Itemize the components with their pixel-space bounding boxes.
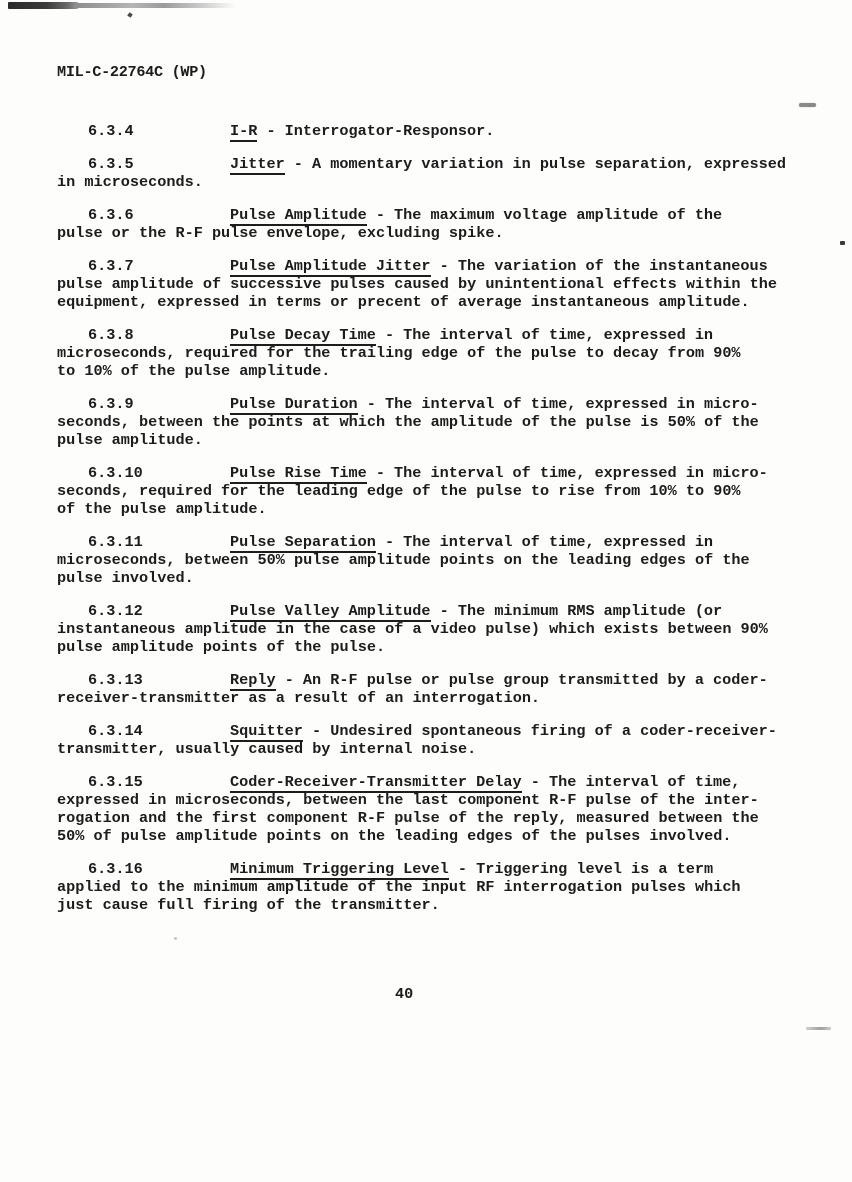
paragraph-line: of the pulse amplitude. [57, 500, 852, 518]
definition-paragraph: 6.3.13Reply - An R-F pulse or pulse grou… [57, 671, 852, 707]
paragraph-line: microseconds, between 50% pulse amplitud… [57, 551, 852, 569]
paragraph-line: seconds, required for the leading edge o… [57, 482, 852, 500]
definition-paragraph: 6.3.14Squitter - Undesired spontaneous f… [57, 722, 852, 758]
paragraph-line: instantaneous amplitude in the case of a… [57, 620, 852, 638]
definition-text: - The interval of time, expressed in [376, 326, 713, 344]
definition-term: Coder-Receiver-Transmitter Delay [230, 773, 522, 793]
definition-text: - A momentary variation in pulse separat… [285, 155, 786, 173]
paragraph-first-line: 6.3.14Squitter - Undesired spontaneous f… [57, 722, 852, 740]
definition-text: - The minimum RMS amplitude (or [431, 602, 723, 620]
paragraph-first-line: 6.3.11Pulse Separation - The interval of… [57, 533, 852, 551]
definition-paragraph: 6.3.12Pulse Valley Amplitude - The minim… [57, 602, 852, 656]
paragraph-first-line: 6.3.9Pulse Duration - The interval of ti… [57, 395, 852, 413]
paragraph-line: seconds, between the points at which the… [57, 413, 852, 431]
definition-term: Pulse Amplitude Jitter [230, 257, 431, 277]
definition-text: - The interval of time, expressed in mic… [358, 395, 759, 413]
section-number: 6.3.11 [88, 533, 230, 551]
definition-term: Squitter [230, 722, 303, 742]
paragraph-line: pulse amplitude. [57, 431, 852, 449]
paragraph-line: 50% of pulse amplitude points on the lea… [57, 827, 852, 845]
definition-paragraph: 6.3.15Coder-Receiver-Transmitter Delay -… [57, 773, 852, 845]
document-page: MIL-C-22764C (WP) 6.3.4I-R - Interrogato… [0, 0, 852, 1182]
definition-paragraph: 6.3.7Pulse Amplitude Jitter - The variat… [57, 257, 852, 311]
definition-term: Jitter [230, 155, 285, 175]
paragraph-line: transmitter, usually caused by internal … [57, 740, 852, 758]
paragraph-first-line: 6.3.8Pulse Decay Time - The interval of … [57, 326, 852, 344]
definition-text: - The interval of time, expressed in [376, 533, 713, 551]
paragraph-first-line: 6.3.5Jitter - A momentary variation in p… [57, 155, 852, 173]
definition-text: - The maximum voltage amplitude of the [367, 206, 722, 224]
paragraph-first-line: 6.3.12Pulse Valley Amplitude - The minim… [57, 602, 852, 620]
definition-term: Pulse Separation [230, 533, 376, 553]
section-number: 6.3.10 [88, 464, 230, 482]
scan-artifact-dash-right-bottom [806, 1027, 831, 1030]
section-number: 6.3.4 [88, 122, 230, 140]
definition-text: - Undesired spontaneous firing of a code… [303, 722, 777, 740]
definition-paragraph: 6.3.11Pulse Separation - The interval of… [57, 533, 852, 587]
paragraph-first-line: 6.3.15Coder-Receiver-Transmitter Delay -… [57, 773, 852, 791]
page-number: 40 [395, 985, 852, 1003]
definition-term: Pulse Valley Amplitude [230, 602, 431, 622]
document-id-header: MIL-C-22764C (WP) [57, 63, 852, 81]
paragraph-line: equipment, expressed in terms or precent… [57, 293, 852, 311]
section-number: 6.3.16 [88, 860, 230, 878]
paragraph-line: just cause full firing of the transmitte… [57, 896, 852, 914]
paragraph-line: pulse or the R-F pulse envelope, excludi… [57, 224, 852, 242]
definition-text: - The interval of time, [522, 773, 741, 791]
definition-term: Reply [230, 671, 276, 691]
section-number: 6.3.9 [88, 395, 230, 413]
paragraph-line: pulse amplitude points of the pulse. [57, 638, 852, 656]
scan-artifact-dot-faint [174, 937, 177, 940]
definition-term: Pulse Decay Time [230, 326, 376, 346]
definition-paragraph: 6.3.6Pulse Amplitude - The maximum volta… [57, 206, 852, 242]
definition-term: Pulse Amplitude [230, 206, 367, 226]
paragraph-line: pulse amplitude of successive pulses cau… [57, 275, 852, 293]
definition-text: - The variation of the instantaneous [431, 257, 768, 275]
definition-paragraph: 6.3.5Jitter - A momentary variation in p… [57, 155, 852, 191]
paragraph-first-line: 6.3.13Reply - An R-F pulse or pulse grou… [57, 671, 852, 689]
paragraph-line: rogation and the first component R-F pul… [57, 809, 852, 827]
definition-term: Pulse Rise Time [230, 464, 367, 484]
paragraph-line: pulse involved. [57, 569, 852, 587]
section-number: 6.3.8 [88, 326, 230, 344]
section-number: 6.3.7 [88, 257, 230, 275]
paragraph-line: applied to the minimum amplitude of the … [57, 878, 852, 896]
section-number: 6.3.13 [88, 671, 230, 689]
definition-paragraph: 6.3.8Pulse Decay Time - The interval of … [57, 326, 852, 380]
section-number: 6.3.14 [88, 722, 230, 740]
paragraph-first-line: 6.3.4I-R - Interrogator-Responsor. [57, 122, 852, 140]
scan-artifact-dot-top [127, 12, 133, 18]
paragraph-line: microseconds, required for the trailing … [57, 344, 852, 362]
definition-text: - An R-F pulse or pulse group transmitte… [276, 671, 768, 689]
paragraph-first-line: 6.3.7Pulse Amplitude Jitter - The variat… [57, 257, 852, 275]
definition-paragraph: 6.3.9Pulse Duration - The interval of ti… [57, 395, 852, 449]
definition-text: - Interrogator-Responsor. [257, 122, 494, 140]
section-number: 6.3.5 [88, 155, 230, 173]
paragraph-first-line: 6.3.10Pulse Rise Time - The interval of … [57, 464, 852, 482]
definition-term: Minimum Triggering Level [230, 860, 449, 880]
section-number: 6.3.12 [88, 602, 230, 620]
definition-paragraph: 6.3.4I-R - Interrogator-Responsor. [57, 122, 852, 140]
definition-text: - The interval of time, expressed in mic… [367, 464, 768, 482]
paragraph-line: in microseconds. [57, 173, 852, 191]
section-number: 6.3.6 [88, 206, 230, 224]
paragraph-first-line: 6.3.16Minimum Triggering Level - Trigger… [57, 860, 852, 878]
definitions-list: 6.3.4I-R - Interrogator-Responsor. 6.3.5… [57, 122, 852, 914]
scan-artifact-dash-right-top [799, 103, 816, 107]
paragraph-line: expressed in microseconds, between the l… [57, 791, 852, 809]
definition-text: - Triggering level is a term [449, 860, 713, 878]
definition-term: I-R [230, 122, 257, 142]
paragraph-first-line: 6.3.6Pulse Amplitude - The maximum volta… [57, 206, 852, 224]
definition-paragraph: 6.3.16Minimum Triggering Level - Trigger… [57, 860, 852, 914]
scan-artifact-smudge-streak [76, 3, 236, 8]
paragraph-line: to 10% of the pulse amplitude. [57, 362, 852, 380]
section-number: 6.3.15 [88, 773, 230, 791]
definition-paragraph: 6.3.10Pulse Rise Time - The interval of … [57, 464, 852, 518]
definition-term: Pulse Duration [230, 395, 358, 415]
scan-artifact-smudge-bar [8, 2, 78, 9]
paragraph-line: receiver-transmitter as a result of an i… [57, 689, 852, 707]
